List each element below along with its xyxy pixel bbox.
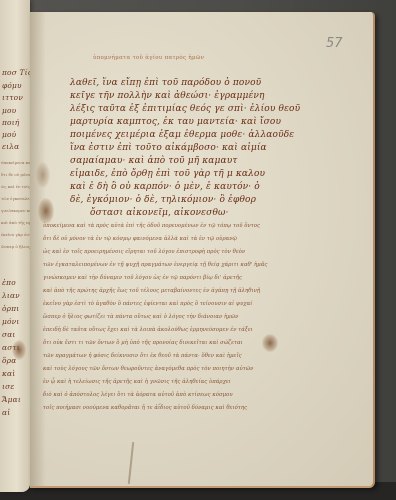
page-crease xyxy=(128,442,134,484)
commentary-line: ἐν ᾧ καὶ ἡ τελείωσις τῆς ἀρετῆς καὶ ἡ γν… xyxy=(43,379,231,385)
left-small-line: ὥσπερ ὁ ἥλιος φωτίζει τὰ πάντα οὕτως καὶ… xyxy=(1,244,30,249)
text-line: λέξις ταῦτα ἐξ ἐπιτιμίας θεός γε σπὶ· ἐλ… xyxy=(70,104,300,114)
commentary-line: ὑποκείμενα καὶ τὰ πρὸς αὐτὰ ἐπὶ τῆς ὁδοῦ… xyxy=(43,223,260,229)
ink-stain xyxy=(12,340,26,360)
text-line: καὶ ἐ δὴ ὃ οὐ καρπόν· ὁ μὲν, ἐ καυτόν· ὁ xyxy=(70,182,260,192)
commentary-line: τοῖς ποιήμασι νοούμενα καθορᾶται ἥ τε ἀΐ… xyxy=(43,405,247,411)
folio-number: 57 xyxy=(326,36,343,51)
left-fragment: μού xyxy=(2,130,16,139)
left-fragment: φόμυ xyxy=(2,81,22,90)
left-fragment: ποσ Τίς xyxy=(2,68,30,77)
left-fragment: ειλα xyxy=(2,142,19,151)
commentary-line: γινώσκομεν καὶ τὴν δύναμιν τοῦ λόγου ὡς … xyxy=(43,275,242,281)
left-facing-page: ποσ Τίς φόμυ ιττον μου ποιή μού ειλα ὑπο… xyxy=(0,0,30,492)
left-small-line: ὡς καὶ ἐν τοῖς προειρημένοις εἴρηται τοῦ… xyxy=(1,184,30,189)
commentary-line: καὶ τοὺς λόγους τῶν ὄντων θεωροῦντες ἀνα… xyxy=(43,366,253,372)
left-small-line: ὑποκείμενα καὶ τὰ πρὸς αὐτὰ ἐπὶ τῆς ὁδοῦ… xyxy=(1,160,30,165)
left-small-line: γινώσκομεν καὶ τὴν δύναμιν τοῦ λόγου ὡς … xyxy=(1,208,30,213)
stain xyxy=(36,162,50,188)
commentary-line: ἐκεῖνο γὰρ ἐστὶ τὸ ἀγαθὸν ὃ πάντες ἐφίεν… xyxy=(43,301,252,307)
left-fragment: σαι xyxy=(2,330,16,339)
text-line: ὄστασι αἰκονεῖμ, αἰκονεσθω· xyxy=(90,208,229,218)
commentary-line: τῶν ἐγκαταλειπομένων ἐν τῇ ψυχῇ πραγμάτω… xyxy=(43,262,267,268)
left-fragment: ισε xyxy=(2,382,15,391)
commentary-line: τῶν πραγμάτων ἡ φύσις δείκνυσιν ὅτι ἐκ θ… xyxy=(43,353,242,359)
left-fragment: μόνι xyxy=(2,317,19,326)
text-line: εἰμαιδε, ἐπὸ ὄρθῃ ἐπὶ τοῦ γὰρ τῆ μ καλου xyxy=(70,169,265,179)
text-line: λαθεῖ, ἵνα εἴπῃ ἐπὶ τοῦ παρόδου ὁ πονοῦ xyxy=(70,78,261,88)
text-line: μαρτυρία καμπτος, ἐκ ταυ μαντεία· καὶ ἴσ… xyxy=(70,117,281,127)
commentary-line: ὡς καὶ ἐν τοῖς προειρημένοις εἴρηται τοῦ… xyxy=(43,249,245,255)
text-line: κεῖγε τῆν πολλὴν καὶ ἀθεώσι· ἐγραμμένη xyxy=(70,91,265,101)
commentary-line: διὸ καὶ ὁ ἀπόστολος λέγει ὅτι τὰ ἀόρατα … xyxy=(43,392,233,398)
text-line: σαμαίαμαυ· καὶ ἀπὸ τοῦ μῆ καμαυτ xyxy=(70,156,238,166)
left-fragment: ποιή xyxy=(2,118,19,127)
left-small-line: τῶν ἐγκαταλειπομένων ἐν τῇ ψυχῇ πραγμάτω… xyxy=(1,196,30,201)
commentary-line: ὥσπερ ὁ ἥλιος φωτίζει τὰ πάντα οὕτως καὶ… xyxy=(43,314,238,320)
manuscript-folio: 57 ὑπομνήματα τοῦ ἁγίου πατρὸς ἡμῶν λαθε… xyxy=(30,12,375,488)
left-fragment: αἰ xyxy=(2,408,10,417)
left-small-line: καὶ ἀπὸ τῆς πρώτης ἀρχῆς ἕως τοῦ τέλους … xyxy=(1,220,30,225)
commentary-line: καὶ ἀπὸ τῆς πρώτης ἀρχῆς ἕως τοῦ τέλους … xyxy=(43,288,260,294)
left-fragment: Ἄμαι xyxy=(2,395,21,404)
commentary-line: ὅτι δὲ οὐ μόνον τὰ ἐν τῷ κόσμῳ φαινόμενα… xyxy=(43,236,237,242)
left-fragment: μου xyxy=(2,106,16,115)
left-fragment: λιαν xyxy=(2,291,20,300)
text-line: ἵνα ἐστιν ἐπὶ τοῦτο αἰκάμβοσο· καὶ αἰμία xyxy=(70,143,267,153)
stain xyxy=(262,334,278,352)
running-head: ὑπομνήματα τοῦ ἁγίου πατρὸς ἡμῶν xyxy=(93,55,204,61)
left-fragment: ὁρπι xyxy=(2,304,19,313)
commentary-line: ὅτι οὐκ ἔστι τι τῶν ὄντων ὃ μὴ ὑπὸ τῆς π… xyxy=(43,340,243,346)
text-line: ποιμένες χειμέρια ἐξαμ ἐθερμα μοθε· ἀλλα… xyxy=(70,130,294,140)
stain xyxy=(38,198,54,224)
commentary-line: ἐπειδὴ δὲ ταῦτα οὕτως ἔχει καὶ τὰ λοιπὰ … xyxy=(43,327,253,333)
left-small-line: ὅτι δὲ οὐ μόνον τὰ ἐν τῷ κόσμῳ φαινόμενα… xyxy=(1,172,30,177)
text-line: δὲ, ἐγκόμιον· ὁ δὲ, τηλικόμιον· ὃ ἐφθορ xyxy=(70,195,256,205)
left-fragment: ἐπο xyxy=(2,278,16,287)
left-fragment: καὶ xyxy=(2,369,15,378)
left-small-line: ἐκεῖνο γὰρ ἐστὶ τὸ ἀγαθὸν ὃ πάντες ἐφίεν… xyxy=(1,232,30,237)
left-fragment: ιττον xyxy=(2,93,23,102)
